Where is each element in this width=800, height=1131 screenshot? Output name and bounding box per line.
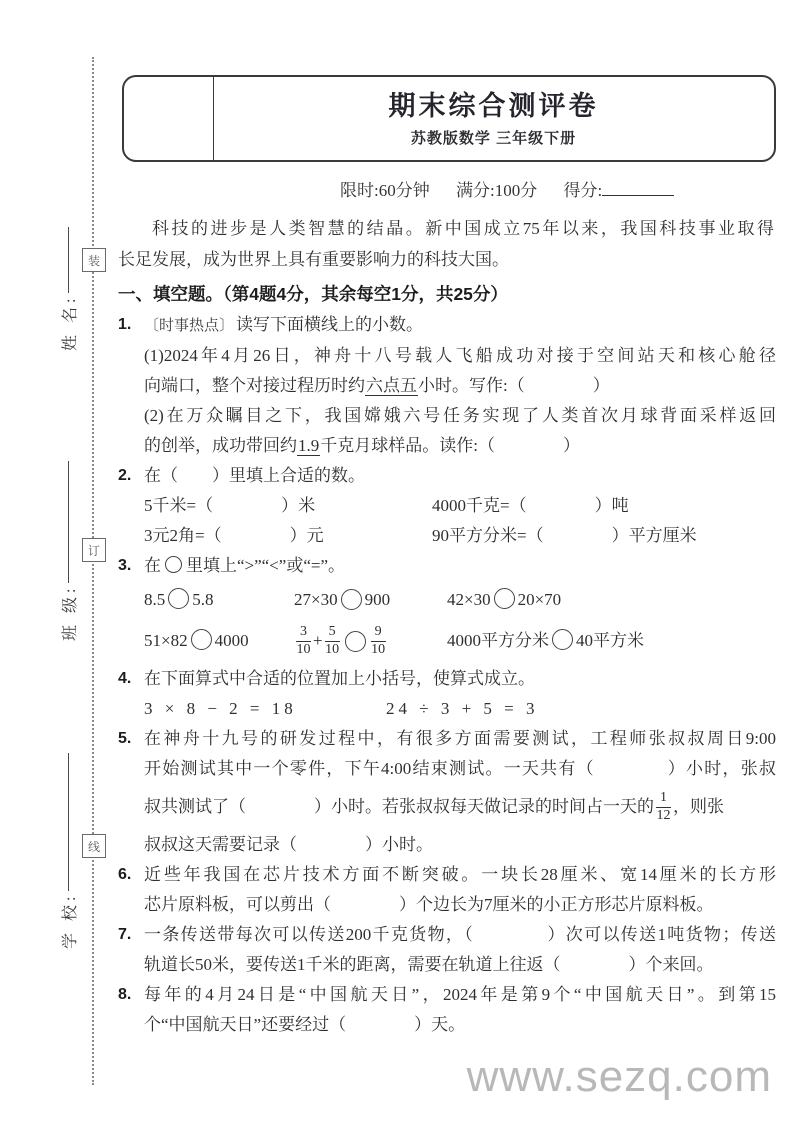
student-class-field: 班 级: xyxy=(56,451,80,641)
watermark: www.sezq.com xyxy=(467,1052,772,1102)
q3-stem: 在里填上“>”“<”或“=”。 xyxy=(144,551,776,581)
question-8: 8. 每年的4月24日是“中国航天日”，2024年是第9个“中国航天日”。到第1… xyxy=(118,980,776,1040)
q5-line2: 开始测试其中一个零件，下午4:00结束测试。一天共有（ ）小时，张叔 xyxy=(144,754,776,784)
q1-stem: 〔时事热点〕读写下面横线上的小数。 xyxy=(144,310,776,341)
name-label: 姓 名: xyxy=(57,295,80,351)
question-body: 一条传送带每次可以传送200千克货物，（ ）次可以传送1吨货物；传送 轨道长50… xyxy=(144,920,776,980)
conversion-item: 3元2角=（ ）元 xyxy=(144,521,432,551)
paper-subtitle: 苏教版数学 三年级下册 xyxy=(411,127,576,148)
text-segment: 里填上“>”“<”或“=”。 xyxy=(186,556,345,575)
section-heading: 一、填空题。（第4题4分，其余每空1分，共25分） xyxy=(118,279,776,310)
conversion-item: 90平方分米=（ ）平方厘米 xyxy=(432,521,776,551)
left-value: 42×30 xyxy=(447,590,491,609)
q3-row2: 51×824000 310 + 510 910 4000平方分米40平方米 xyxy=(144,618,776,664)
equation: 24 ÷ 3 + 5 = 3 xyxy=(386,694,776,724)
denominator: 10 xyxy=(371,642,385,659)
denominator: 12 xyxy=(657,808,671,825)
paper-title: 期末综合测评卷 xyxy=(389,90,599,122)
right-value: 900 xyxy=(365,581,391,618)
underlined-number: 六点五 xyxy=(365,376,418,396)
binding-char: 订 xyxy=(88,542,100,559)
question-body: 〔时事热点〕读写下面横线上的小数。 (1)2024年4月26日，神舟十八号载人飞… xyxy=(144,310,776,461)
question-7: 7. 一条传送带每次可以传送200千克货物，（ ）次可以传送1吨货物；传送 轨道… xyxy=(118,920,776,980)
score-blank-line xyxy=(602,181,674,196)
binding-char: 线 xyxy=(88,838,100,855)
text-segment: 向端口，整个对接过程历时约 xyxy=(144,376,365,395)
question-body: 每年的4月24日是“中国航天日”，2024年是第9个“中国航天日”。到第15 个… xyxy=(144,980,776,1040)
question-3: 3. 在里填上“>”“<”或“=”。 8.55.8 27×30900 42×30… xyxy=(118,551,776,664)
test-paper-page: 装 订 线 姓 名: 班 级: 学 校: 期末综合测评卷 苏教版数学 三年级下册… xyxy=(0,0,800,1131)
compare-circle-icon xyxy=(494,588,515,609)
school-label: 学 校: xyxy=(57,893,80,949)
stem-text: 读写下面横线上的小数。 xyxy=(236,315,423,334)
denominator: 10 xyxy=(297,642,311,659)
compare-item: 4000平方分米40平方米 xyxy=(447,618,776,664)
text-segment: 叔共测试了（ ）小时。若张叔叔每天做记录的时间占一天的 xyxy=(144,784,654,830)
compare-item: 27×30900 xyxy=(294,581,447,618)
question-number: 4. xyxy=(118,664,144,694)
score-label: 得分: xyxy=(563,181,602,200)
question-body: 在下面算式中合适的位置加上小括号，使算式成立。 3 × 8 − 2 = 18 2… xyxy=(144,664,776,724)
q8-line2: 个“中国航天日”还要经过（ ）天。 xyxy=(144,1010,776,1040)
class-blank-line xyxy=(67,461,69,583)
header-titles: 期末综合测评卷 苏教版数学 三年级下册 xyxy=(213,77,774,160)
compare-item: 51×824000 xyxy=(144,618,294,664)
fraction: 112 xyxy=(656,790,671,825)
header-box: 期末综合测评卷 苏教版数学 三年级下册 xyxy=(122,75,776,162)
intro-paragraph: 科技的进步是人类智慧的结晶。新中国成立75年以来，我国科技事业取得 长足发展，成… xyxy=(118,213,774,275)
q1-part2-line2: 的创举，成功带回约1.9千克月球样品。读作:（ ） xyxy=(144,431,776,461)
fraction: 510 xyxy=(325,624,340,659)
equation: 3 × 8 − 2 = 18 xyxy=(144,694,386,724)
class-label: 班 级: xyxy=(57,585,80,641)
numerator: 5 xyxy=(325,624,340,642)
fraction: 910 xyxy=(371,624,386,659)
questions-column: 一、填空题。（第4题4分，其余每空1分，共25分） 1. 〔时事热点〕读写下面横… xyxy=(118,279,776,1040)
binding-char: 装 xyxy=(88,252,100,269)
name-blank-line xyxy=(67,227,69,293)
compare-circle-icon xyxy=(341,589,362,610)
text-segment: 小时。写作:（ ） xyxy=(418,376,610,395)
question-1: 1. 〔时事热点〕读写下面横线上的小数。 (1)2024年4月26日，神舟十八号… xyxy=(118,310,776,461)
q1-part1-line1: (1)2024年4月26日，神舟十八号载人飞船成功对接于空间站天和核心舱径 xyxy=(144,341,776,371)
q8-line1: 每年的4月24日是“中国航天日”，2024年是第9个“中国航天日”。到第15 xyxy=(144,980,776,1010)
q6-line2: 芯片原料板，可以剪出（ ）个边长为7厘米的小正方形芯片原料板。 xyxy=(144,890,776,920)
q6-line1: 近些年我国在芯片技术方面不断突破。一块长28厘米、宽14厘米的长方形 xyxy=(144,860,776,890)
numerator: 1 xyxy=(656,790,671,808)
compare-circle-icon xyxy=(345,631,366,652)
question-6: 6. 近些年我国在芯片技术方面不断突破。一块长28厘米、宽14厘米的长方形 芯片… xyxy=(118,860,776,920)
q2-row2: 3元2角=（ ）元 90平方分米=（ ）平方厘米 xyxy=(144,521,776,551)
q5-line1: 在神舟十九号的研发过程中，有很多方面需要测试，工程师张叔叔周日9:00 xyxy=(144,724,776,754)
binding-char-box: 装 xyxy=(82,248,106,272)
q5-line3: 叔共测试了（ ）小时。若张叔叔每天做记录的时间占一天的 112 ，则张 xyxy=(144,784,776,830)
conversion-item: 5千米=（ ）米 xyxy=(144,491,432,521)
compare-circle-icon xyxy=(165,556,182,573)
q3-row1: 8.55.8 27×30900 42×3020×70 xyxy=(144,581,776,618)
right-value: 20×70 xyxy=(518,590,562,609)
compare-item: 42×3020×70 xyxy=(447,581,776,618)
question-number: 3. xyxy=(118,551,144,581)
q1-part2-line1: (2)在万众瞩目之下，我国嫦娥六号任务实现了人类首次月球背面采样返回 xyxy=(144,401,776,431)
compare-item-fractions: 310 + 510 910 xyxy=(294,618,447,664)
text-segment: 在 xyxy=(144,556,161,575)
q2-stem: 在（ ）里填上合适的数。 xyxy=(144,461,776,491)
left-value: 4000平方分米 xyxy=(447,631,549,650)
question-number: 5. xyxy=(118,724,144,754)
meta-line: 限时:60分钟 满分:100分 得分: xyxy=(340,176,674,201)
student-school-field: 学 校: xyxy=(56,743,80,949)
right-value: 40平方米 xyxy=(576,631,644,650)
topic-tag: 〔时事热点〕 xyxy=(144,318,234,334)
question-body: 在（ ）里填上合适的数。 5千米=（ ）米 4000千克=（ ）吨 3元2角=（… xyxy=(144,461,776,551)
binding-char-box: 订 xyxy=(82,538,106,562)
question-5: 5. 在神舟十九号的研发过程中，有很多方面需要测试，工程师张叔叔周日9:00 开… xyxy=(118,724,776,860)
compare-item: 8.55.8 xyxy=(144,581,294,618)
question-number: 2. xyxy=(118,461,144,491)
q7-line2: 轨道长50米，要传送1千米的距离，需要在轨道上往返（ ）个来回。 xyxy=(144,950,776,980)
time-limit: 限时:60分钟 xyxy=(340,181,430,200)
numerator: 3 xyxy=(296,624,311,642)
q1-part1-line2: 向端口，整个对接过程历时约六点五小时。写作:（ ） xyxy=(144,371,776,401)
text-segment: 的创举，成功带回约 xyxy=(144,436,297,455)
question-number: 7. xyxy=(118,920,144,950)
question-2: 2. 在（ ）里填上合适的数。 5千米=（ ）米 4000千克=（ ）吨 3元2… xyxy=(118,461,776,551)
text-segment: ，则张 xyxy=(673,784,724,830)
q5-line4: 叔叔这天需要记录（ ）小时。 xyxy=(144,830,776,860)
student-name-field: 姓 名: xyxy=(56,221,80,351)
binding-dotted-line xyxy=(92,57,94,1085)
text-segment: 千克月球样品。读作:（ ） xyxy=(320,436,580,455)
q4-equations: 3 × 8 − 2 = 18 24 ÷ 3 + 5 = 3 xyxy=(144,694,776,724)
question-number: 1. xyxy=(118,310,144,340)
question-body: 在神舟十九号的研发过程中，有很多方面需要测试，工程师张叔叔周日9:00 开始测试… xyxy=(144,724,776,860)
left-value: 27×30 xyxy=(294,581,338,618)
numerator: 9 xyxy=(371,624,386,642)
q7-line1: 一条传送带每次可以传送200千克货物，（ ）次可以传送1吨货物；传送 xyxy=(144,920,776,950)
compare-circle-icon xyxy=(552,629,573,650)
question-number: 8. xyxy=(118,980,144,1010)
underlined-number: 1.9 xyxy=(297,436,320,456)
question-body: 在里填上“>”“<”或“=”。 8.55.8 27×30900 42×3020×… xyxy=(144,551,776,664)
compare-circle-icon xyxy=(191,629,212,650)
plus-sign: + xyxy=(313,618,323,664)
compare-circle-icon xyxy=(168,588,189,609)
q4-stem: 在下面算式中合适的位置加上小括号，使算式成立。 xyxy=(144,664,776,694)
right-value: 5.8 xyxy=(192,590,213,609)
question-number: 6. xyxy=(118,860,144,890)
right-value: 4000 xyxy=(215,631,249,650)
question-body: 近些年我国在芯片技术方面不断突破。一块长28厘米、宽14厘米的长方形 芯片原料板… xyxy=(144,860,776,920)
fraction: 310 xyxy=(296,624,311,659)
left-value: 8.5 xyxy=(144,590,165,609)
left-value: 51×82 xyxy=(144,631,188,650)
q2-row1: 5千米=（ ）米 4000千克=（ ）吨 xyxy=(144,491,776,521)
full-score: 满分:100分 xyxy=(456,181,537,200)
intro-line: 长足发展，成为世界上具有重要影响力的科技大国。 xyxy=(118,244,774,275)
question-4: 4. 在下面算式中合适的位置加上小括号，使算式成立。 3 × 8 − 2 = 1… xyxy=(118,664,776,724)
denominator: 10 xyxy=(325,642,339,659)
conversion-item: 4000千克=（ ）吨 xyxy=(432,491,776,521)
binding-char-box: 线 xyxy=(82,834,106,858)
intro-line: 科技的进步是人类智慧的结晶。新中国成立75年以来，我国科技事业取得 xyxy=(118,213,774,244)
school-blank-line xyxy=(67,753,69,891)
